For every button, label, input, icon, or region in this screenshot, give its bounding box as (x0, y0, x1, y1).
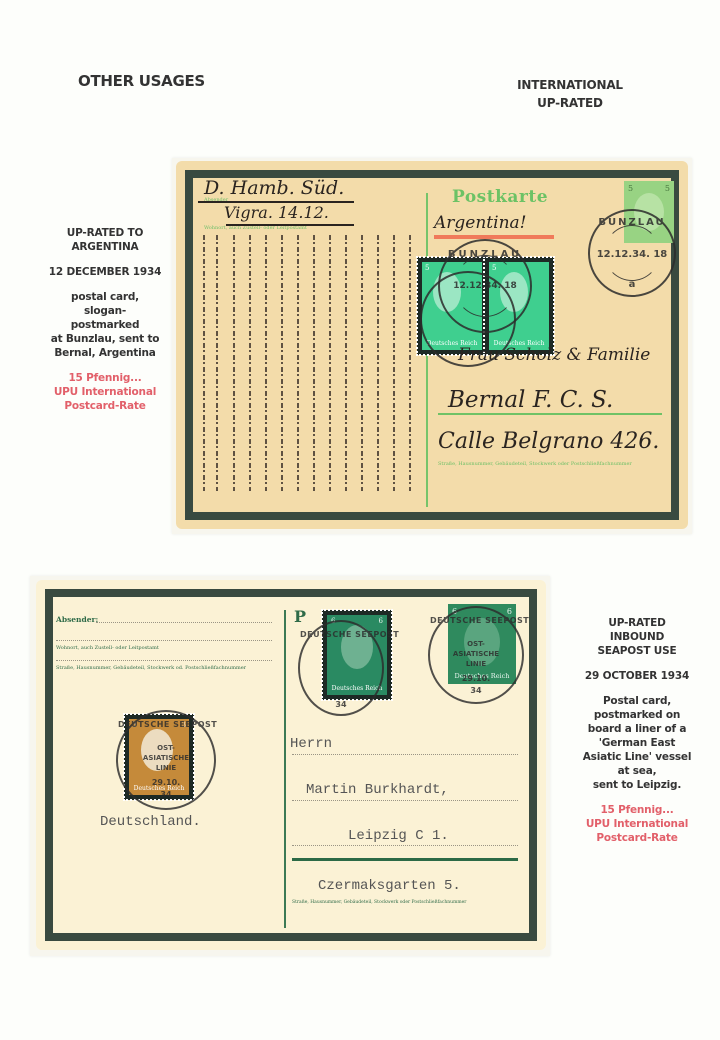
caption-text: Bernal, Argentina (30, 346, 180, 360)
message-line (228, 231, 240, 499)
caption-text: postal card, (30, 290, 180, 304)
postkarte-title: P (294, 607, 306, 626)
postmark-bunzlau: BUNZLAU 12.12.34. 18 a (588, 209, 676, 297)
postmark-year: 34 (430, 686, 522, 695)
caption-text: Asiatic Line' vessel (552, 750, 720, 764)
form-label: Straße, Hausnummer, Gebäudeteil, Stockwe… (56, 665, 246, 671)
caption-description: Postal card, postmarked on board a liner… (552, 694, 720, 792)
sender-line: Vigra. 14.12. (224, 203, 329, 222)
message-line (388, 231, 400, 499)
stamp-value: 6 (379, 617, 383, 625)
postmark-top: DEUTSCHE SEEPOST (300, 630, 382, 639)
message-line (198, 231, 210, 499)
destination-note: Argentina! (434, 213, 526, 233)
message-line (211, 231, 223, 499)
caption-text: Postal card, (552, 694, 720, 708)
caption-text: at Bunzlau, sent to (30, 332, 180, 346)
sender-line: D. Hamb. Süd. (204, 177, 344, 199)
postmark-date: 12.12.34. 18 (590, 249, 674, 260)
postmark-city: BUNZLAU (440, 249, 530, 260)
caption-text: sent to Leipzig. (552, 778, 720, 792)
page-title: OTHER USAGES (78, 72, 205, 90)
dotted-line (56, 640, 272, 641)
caption-rate: 15 Pfennig... UPU International Postcard… (552, 803, 720, 845)
caption-text: postmarked on (552, 708, 720, 722)
postmark-line: OST- (118, 744, 214, 752)
postmark-top: DEUTSCHE SEEPOST (118, 720, 214, 729)
caption-text: 'German East (552, 736, 720, 750)
section-heading: INTERNATIONAL UP-RATED (500, 76, 640, 112)
caption-heading-line: ARGENTINA (30, 240, 180, 254)
address-line: Herrn (290, 736, 332, 752)
form-label: Wohnort, auch Zustell- oder Leitpostamt (56, 645, 159, 651)
caption-heading-line: UP-RATED TO (30, 226, 180, 240)
postmark-line: LINIE (118, 764, 214, 772)
country-line: Deutschland. (100, 814, 201, 830)
rate-text: 15 Pfennig... (30, 371, 180, 385)
rate-text: Postcard-Rate (552, 831, 720, 845)
exhibit-caption-argentina: UP-RATED TO ARGENTINA 12 DECEMBER 1934 p… (30, 226, 180, 413)
section-heading-line: INTERNATIONAL (500, 76, 640, 94)
message-line (260, 231, 272, 499)
postmark-line: LINIE (430, 660, 522, 668)
handwritten-message (198, 231, 420, 499)
postmark-city: BUNZLAU (590, 217, 674, 228)
postcard-seepost: Absender: Wohnort, auch Zustell- oder Le… (36, 580, 546, 950)
caption-heading: UP-RATED TO ARGENTINA (30, 226, 180, 254)
postmark-year: 34 (300, 700, 382, 709)
postcard-argentina: Absender Wohnort, auch Zustell- oder Lei… (176, 161, 688, 529)
postmark-line: OST- (430, 640, 522, 648)
exhibit-caption-seepost: UP-RATED INBOUND SEAPOST USE 29 OCTOBER … (552, 616, 720, 845)
form-label: Straße, Hausnummer, Gebäudeteil, Stockwe… (292, 900, 466, 905)
stamp-value: 5 (628, 184, 633, 193)
caption-date: 29 OCTOBER 1934 (552, 669, 720, 683)
stamp-value: 5 (665, 184, 670, 193)
dotted-line (292, 800, 518, 801)
message-line (244, 231, 256, 499)
caption-text: slogan- (30, 304, 180, 318)
caption-text: postmarked (30, 318, 180, 332)
postmark-sub: a (590, 279, 674, 290)
message-line (340, 231, 352, 499)
caption-heading-line: SEAPOST USE (552, 644, 720, 658)
postmark-date: 29.10. (430, 674, 522, 683)
address-line: Martin Burkhardt, (306, 782, 449, 798)
form-label: Straße, Hausnummer, Gebäudeteil, Stockwe… (438, 461, 632, 467)
address-line: Czermaksgarten 5. (318, 878, 461, 894)
rate-text: UPU International (30, 385, 180, 399)
dotted-line (292, 754, 518, 755)
address-line: Leipzig C 1. (348, 828, 449, 844)
caption-text: at sea, (552, 764, 720, 778)
postmark-seepost: DEUTSCHE SEEPOST OST- ASIATISCHE LINIE 2… (428, 606, 524, 704)
red-underline (434, 235, 554, 239)
postmark-line: ASIATISCHE (118, 754, 214, 762)
message-line (308, 231, 320, 499)
caption-heading-line: INBOUND (552, 630, 720, 644)
message-line (404, 231, 416, 499)
postmark-line: ASIATISCHE (430, 650, 522, 658)
caption-heading: UP-RATED INBOUND SEAPOST USE (552, 616, 720, 658)
message-line (292, 231, 304, 499)
postmark-seepost: DEUTSCHE SEEPOST 34 (298, 620, 384, 716)
section-heading-line: UP-RATED (500, 94, 640, 112)
address-rule (438, 413, 662, 415)
postmark-seepost: DEUTSCHE SEEPOST OST- ASIATISCHE LINIE 2… (116, 710, 216, 810)
address-line: Frau Scholz & Familie (458, 345, 650, 365)
postmark-top: DEUTSCHE SEEPOST (430, 616, 522, 625)
dotted-line (96, 622, 272, 623)
postmark-year: 34 (118, 790, 214, 799)
address-rule (292, 858, 518, 861)
underline (226, 224, 354, 226)
stamp-value: 5 (425, 264, 429, 272)
message-line (324, 231, 336, 499)
dotted-line (292, 845, 518, 846)
caption-date: 12 DECEMBER 1934 (30, 265, 180, 279)
dotted-line (56, 660, 272, 661)
address-line: Calle Belgrano 426. (438, 429, 659, 454)
message-line (372, 231, 384, 499)
address-line: Bernal F. C. S. (448, 387, 613, 413)
caption-description: postal card, slogan- postmarked at Bunzl… (30, 290, 180, 360)
rate-text: 15 Pfennig... (552, 803, 720, 817)
message-line (356, 231, 368, 499)
caption-text: board a liner of a (552, 722, 720, 736)
message-line (276, 231, 288, 499)
postmark-date: 29.10. (118, 778, 214, 787)
caption-rate: 15 Pfennig... UPU International Postcard… (30, 371, 180, 413)
card-divider (284, 610, 286, 928)
caption-heading-line: UP-RATED (552, 616, 720, 630)
postkarte-title: Postkarte (452, 187, 548, 207)
sender-label: Absender: (56, 615, 98, 624)
rate-text: Postcard-Rate (30, 399, 180, 413)
stamp-value: 6 (507, 607, 512, 616)
rate-text: UPU International (552, 817, 720, 831)
